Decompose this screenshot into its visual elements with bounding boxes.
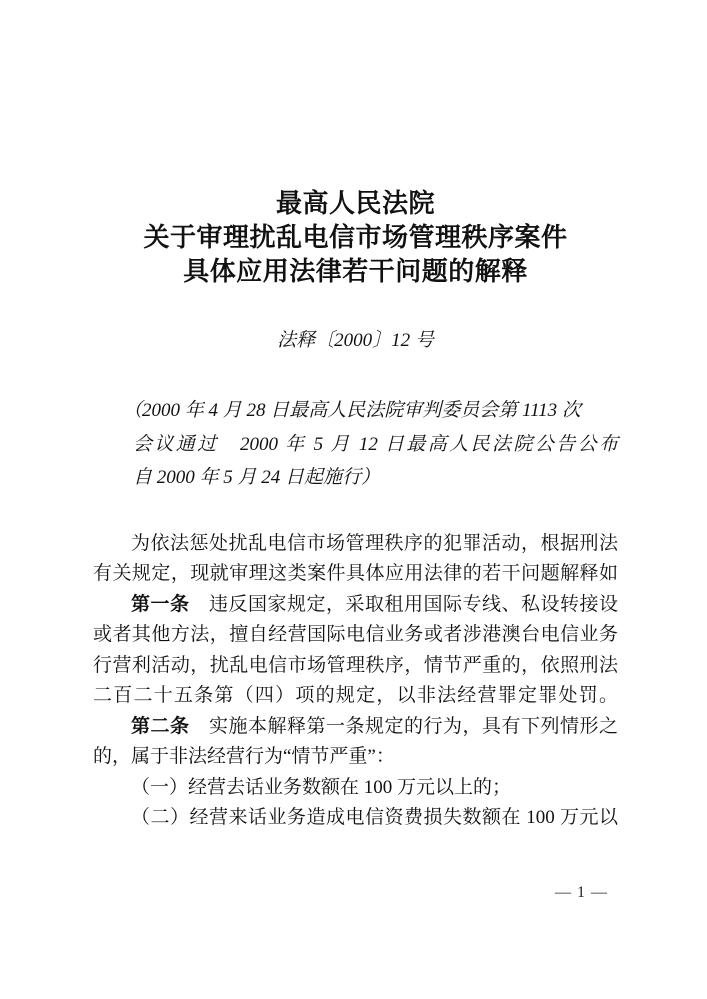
body-line: 有关规定，现就审理这类案件具体应用法律的若干问题解释如下： [93,559,618,590]
body-text: （一）经营去话业务数额在 100 万元以上的； [131,777,511,798]
body-line-item-1: （一）经营去话业务数额在 100 万元以上的； [93,773,618,804]
article-number: 第一条 [131,594,190,615]
body-line: 行营利活动，扰乱电信市场管理秩序，情节严重的，依照刑法第 [93,651,618,682]
article-number: 第二条 [131,716,190,737]
body-line-article-1: 第一条 违反国家规定，采取租用国际专线、私设转接设备 [93,590,618,621]
title-line-3: 具体应用法律若干问题的解释 [93,255,618,289]
body-text: 二百二十五条第（四）项的规定，以非法经营罪定罪处罚。 [93,685,618,706]
promulgation-line: （2000 年 4 月 28 日最高人民法院审判委员会第 1113 次 [123,394,618,428]
body-text: 或者其他方法，擅自经营国际电信业务或者涉港澳台电信业务进 [93,624,618,651]
body-text: （二）经营来话业务造成电信资费损失数额在 100 万元以上 [93,807,618,834]
body-line: 为依法惩处扰乱电信市场管理秩序的犯罪活动，根据刑法的 [93,529,618,560]
body-text: 为依法惩处扰乱电信市场管理秩序的犯罪活动，根据刑法的 [93,533,618,560]
document-content: 最高人民法院 关于审理扰乱电信市场管理秩序案件 具体应用法律若干问题的解释 法释… [0,0,707,834]
body-text: 有关规定，现就审理这类案件具体应用法律的若干问题解释如下： [93,563,618,590]
document-number: 法释〔2000〕12 号 [93,328,618,354]
promulgation-line: 自 2000 年 5 月 24 日起施行） [133,461,618,495]
body-line: 或者其他方法，擅自经营国际电信业务或者涉港澳台电信业务进 [93,620,618,651]
body-line-item-2: （二）经营来话业务造成电信资费损失数额在 100 万元以上 [93,803,618,834]
promulgation-note: （2000 年 4 月 28 日最高人民法院审判委员会第 1113 次 会议通过… [93,394,618,495]
document-body: 为依法惩处扰乱电信市场管理秩序的犯罪活动，根据刑法的 有关规定，现就审理这类案件… [93,529,618,834]
document-page: 最高人民法院 关于审理扰乱电信市场管理秩序案件 具体应用法律若干问题的解释 法释… [0,0,707,999]
title-line-1: 最高人民法院 [93,187,618,221]
document-title: 最高人民法院 关于审理扰乱电信市场管理秩序案件 具体应用法律若干问题的解释 [93,0,618,289]
title-line-2: 关于审理扰乱电信市场管理秩序案件 [93,221,618,255]
body-line: 二百二十五条第（四）项的规定，以非法经营罪定罪处罚。 [93,681,618,712]
page-number: — 1 — [555,884,608,902]
body-text: 行营利活动，扰乱电信市场管理秩序，情节严重的，依照刑法第 [93,655,618,682]
body-text: 的，属于非法经营行为“情节严重”： [93,746,395,767]
body-line: 的，属于非法经营行为“情节严重”： [93,742,618,773]
body-line-article-2: 第二条 实施本解释第一条规定的行为，具有下列情形之一 [93,712,618,743]
promulgation-line: 会议通过 2000 年 5 月 12 日最高人民法院公告公布 [133,428,618,462]
